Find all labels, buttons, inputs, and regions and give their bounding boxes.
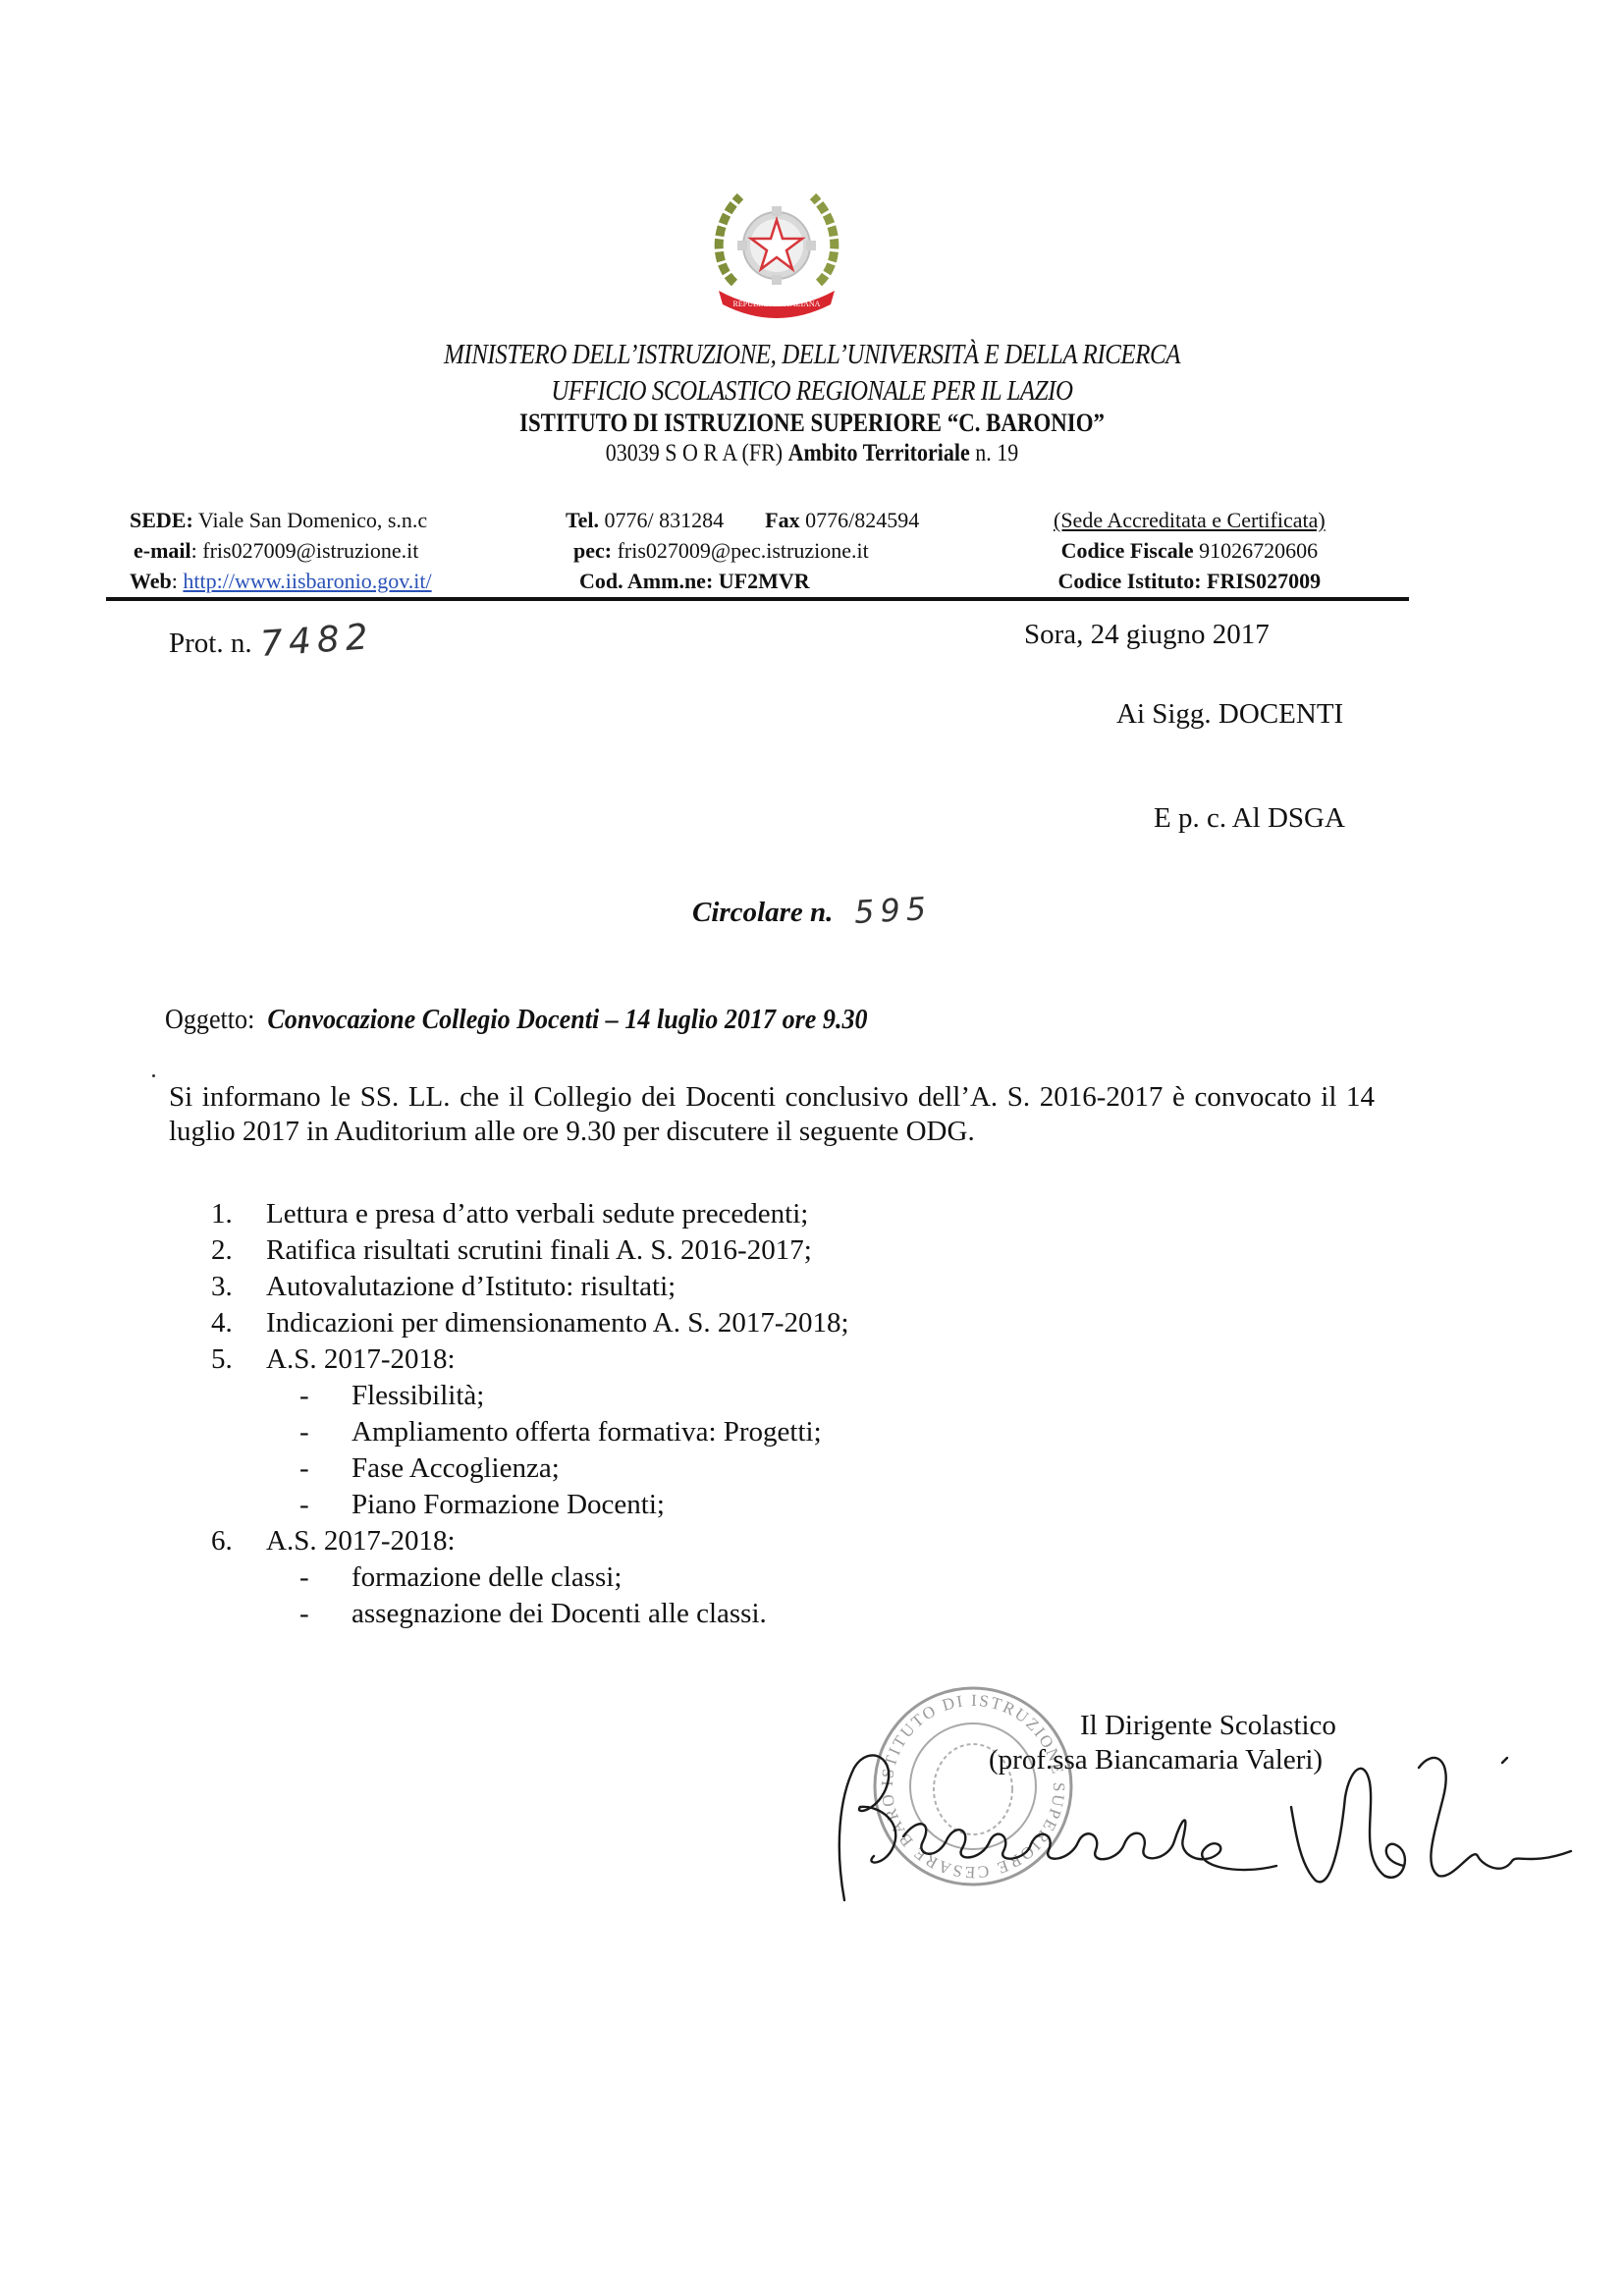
italian-republic-emblem-icon: REPUBBLICA ITALIANA — [705, 185, 848, 322]
agenda-item-text: Autovalutazione d’Istituto: risultati; — [266, 1269, 676, 1305]
agenda-item-number: 3. — [211, 1269, 266, 1305]
agenda-subitem-text: Fase Accoglienza; — [352, 1450, 560, 1487]
accreditation-note: (Sede Accreditata e Certificata) — [1054, 505, 1326, 535]
admin-code: Cod. Amm.ne: UF2MVR — [579, 569, 810, 593]
subject-label: Oggetto: — [165, 1004, 254, 1035]
institute-code: Codice Istituto: FRIS027009 — [1058, 569, 1322, 593]
ministry-heading: MINISTERO DELL’ISTRUZIONE, DELL’UNIVERSI… — [114, 339, 1510, 371]
carbon-copy: E p. c. Al DSGA — [1154, 802, 1345, 835]
agenda-subitem-text: Flessibilità; — [352, 1378, 484, 1414]
phone-fax: Tel. 0776/ 831284Fax 0776/824594 — [566, 505, 919, 535]
subject-line: Oggetto: Convocazione Collegio Docenti –… — [165, 1004, 868, 1036]
dash-bullet-icon: - — [299, 1596, 352, 1632]
agenda-list: 1.Lettura e presa d’atto verbali sedute … — [211, 1196, 849, 1632]
svg-text:REPUBBLICA ITALIANA: REPUBBLICA ITALIANA — [733, 300, 821, 308]
agenda-subitem: -Flessibilità; — [211, 1378, 849, 1414]
agenda-item: 6.A.S. 2017-2018: — [211, 1523, 849, 1559]
website-link[interactable]: http://www.iisbaronio.gov.it/ — [183, 569, 431, 593]
agenda-item: 5.A.S. 2017-2018: — [211, 1341, 849, 1378]
agenda-item-number: 2. — [211, 1232, 266, 1269]
agenda-item-text: Lettura e presa d’atto verbali sedute pr… — [266, 1196, 808, 1232]
website: Web: http://www.iisbaronio.gov.it/ — [130, 566, 432, 596]
body-paragraph: Si informano le SS. LL. che il Collegio … — [169, 1080, 1375, 1149]
agenda-item: 3.Autovalutazione d’Istituto: risultati; — [211, 1269, 849, 1305]
institute-location: 03039 S O R A (FR) Ambito Territoriale n… — [97, 440, 1527, 467]
regional-office-heading: UFFICIO SCOLASTICO REGIONALE PER IL LAZI… — [114, 375, 1510, 408]
circular-number: Circolare n.595 — [692, 892, 932, 929]
recipients: Ai Sigg. DOCENTI — [1116, 698, 1343, 731]
dash-bullet-icon: - — [299, 1378, 352, 1414]
agenda-subitem: -Fase Accoglienza; — [211, 1450, 849, 1487]
dash-bullet-icon: - — [299, 1414, 352, 1450]
agenda-item: 4.Indicazioni per dimensionamento A. S. … — [211, 1305, 849, 1341]
agenda-item-text: Ratifica risultati scrutini finali A. S.… — [266, 1232, 812, 1269]
agenda-item-number: 4. — [211, 1305, 266, 1341]
handwritten-signature-icon — [825, 1728, 1591, 1925]
agenda-item-number: 1. — [211, 1196, 266, 1232]
fiscal-code: Codice Fiscale 91026720606 — [1054, 535, 1326, 566]
agenda-item-text: A.S. 2017-2018: — [266, 1523, 456, 1559]
agenda-subitem-text: assegnazione dei Docenti alle classi. — [352, 1596, 767, 1632]
agenda-item-text: Indicazioni per dimensionamento A. S. 20… — [266, 1305, 849, 1341]
agenda-subitem: -Piano Formazione Docenti; — [211, 1487, 849, 1523]
agenda-subitem: -assegnazione dei Docenti alle classi. — [211, 1596, 849, 1632]
ambito-label: Ambito Territoriale — [788, 440, 970, 466]
institute-name: ISTITUTO DI ISTRUZIONE SUPERIORE “C. BAR… — [97, 409, 1527, 438]
handwritten-circular-number: 595 — [853, 890, 933, 931]
contact-left-column: SEDE: Viale San Domenico, s.n.c e-mail: … — [130, 505, 432, 596]
agenda-subitem-text: formazione delle classi; — [352, 1559, 622, 1596]
protocol-number: Prot. n.7482 — [169, 621, 373, 661]
address: SEDE: Viale San Domenico, s.n.c — [130, 505, 432, 535]
email: e-mail: fris027009@istruzione.it — [130, 535, 432, 566]
agenda-item-text: A.S. 2017-2018: — [266, 1341, 456, 1378]
agenda-subitem: -formazione delle classi; — [211, 1559, 849, 1596]
agenda-subitem-text: Ampliamento offerta formativa: Progetti; — [352, 1414, 822, 1450]
letter-date: Sora, 24 giugno 2017 — [1024, 619, 1270, 651]
ambito-value: n. 19 — [970, 440, 1019, 466]
contact-middle-column: Tel. 0776/ 831284Fax 0776/824594 pec: fr… — [566, 505, 919, 596]
dash-bullet-icon: - — [299, 1450, 352, 1487]
agenda-subitem: -Ampliamento offerta formativa: Progetti… — [211, 1414, 849, 1450]
agenda-item-number: 6. — [211, 1523, 266, 1559]
scan-speck — [152, 1074, 155, 1077]
subject-text: Convocazione Collegio Docenti – 14 lugli… — [267, 1004, 867, 1035]
dash-bullet-icon: - — [299, 1559, 352, 1596]
pec: pec: fris027009@pec.istruzione.it — [566, 535, 919, 566]
city: 03039 S O R A (FR) — [606, 440, 788, 466]
agenda-item: 1.Lettura e presa d’atto verbali sedute … — [211, 1196, 849, 1232]
header-divider — [106, 597, 1409, 601]
dash-bullet-icon: - — [299, 1487, 352, 1523]
contact-right-column: (Sede Accreditata e Certificata) Codice … — [1054, 505, 1326, 596]
handwritten-protocol-number: 7482 — [258, 617, 374, 665]
agenda-subitem-text: Piano Formazione Docenti; — [352, 1487, 665, 1523]
agenda-item: 2.Ratifica risultati scrutini finali A. … — [211, 1232, 849, 1269]
agenda-item-number: 5. — [211, 1341, 266, 1378]
